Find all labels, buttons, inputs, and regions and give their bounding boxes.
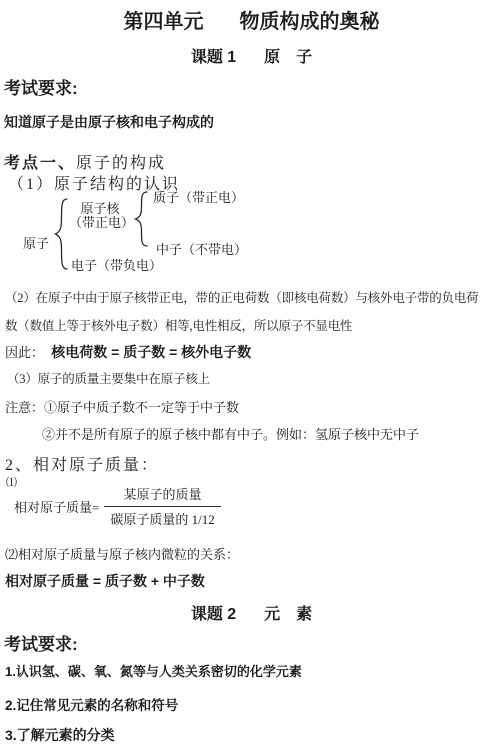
left-curly-brace-icon [54,198,69,270]
diagram-root-label: 原子 [23,233,49,252]
nucleus-charge: （带正电） [69,215,134,230]
document-page: 第四单元物质构成的奥秘 课题 1原 子 考试要求: 知道原子是由原子核和电子构成… [0,0,503,747]
topic2-label: 课题 2 [191,606,236,623]
exam-requirement-item-1: 知道原子是由原子核和电子构成的 [4,112,214,132]
unit-title-label: 第四单元 [124,11,204,33]
section1-sub2-line1: （2）在原子中由于原子核带正电，带的正电荷数（即核电荷数）与核外电子带的负电荷 [5,288,478,306]
topic1-heading: 课题 1原 子 [0,44,503,67]
section1-heading-rest: 原子的构成 [76,155,166,172]
topic1-name: 原 子 [264,49,312,66]
diagram-electron-label: 电子（带负电） [71,255,162,274]
exam2-item-1: 1.认识氢、碳、氧、氮等与人类关系密切的化学元素 [5,661,302,680]
nucleus-name: 原子核 [80,201,119,216]
diagram-proton-label: 质子（带正电） [153,187,244,206]
section2-heading: 2、相对原子质量： [5,452,159,475]
exam2-item-3: 3.了解元素的分类 [5,725,115,745]
formula1-lhs: 相对原子质量= [14,497,99,516]
formula1-fraction: 某原子的质量 碳原子质量的 1/12 [104,484,220,528]
section1-sub2-line2: 数（数值上等于核外电子数）相等,电性相反，所以原子不显电性 [5,316,352,334]
formula2-intro: ⑵相对原子质量与原子核内微粒的关系： [5,544,239,563]
diagram-nucleus-label: 原子核 （带正电） [69,202,131,230]
atom-structure-diagram: 原子 原子核 （带正电） 质子（带正电） 中子（不带电） 电子（带负电） [23,187,273,275]
unit-title-name: 物质构成的奥秘 [240,11,380,33]
formula1-numerator: 某原子的质量 [104,484,220,506]
exam2-item-2: 2.记住常见元素的名称和符号 [5,694,178,714]
conclusion-formula: 核电荷数 = 质子数 = 核外电子数 [51,344,251,360]
note-line-1: 注意：①原子中质子数不一定等于中子数 [5,397,239,416]
diagram-neutron-label: 中子（不带电） [156,239,247,258]
section1-heading: 考点一、原子的构成 [4,150,166,173]
note-line-2: ②并不是所有原子的原子核中都有中子。例如：氢原子核中无中子 [42,424,419,443]
conclusion-label: 因此： [5,345,44,360]
unit-title: 第四单元物质构成的奥秘 [0,5,503,34]
exam-requirements-heading-1: 考试要求: [4,74,78,99]
conclusion-line: 因此： 核电荷数 = 质子数 = 核外电子数 [5,342,251,362]
topic2-heading: 课题 2元 素 [0,601,503,624]
formula2-bold: 相对原子质量 = 质子数 + 中子数 [5,571,205,591]
exam-requirements-heading-2: 考试要求: [4,630,78,655]
relative-atomic-mass-formula: 相对原子质量= 某原子的质量 碳原子质量的 1/12 [14,484,221,528]
topic1-label: 课题 1 [191,49,236,66]
section1-heading-lead: 考点一、 [4,155,76,172]
topic2-name: 元 素 [264,606,312,623]
section1-sub3: （3）原子的质量主要集中在原子核上 [7,369,210,387]
left-curly-brace-icon [134,191,149,247]
formula1-denominator: 碳原子质量的 1/12 [104,506,220,528]
